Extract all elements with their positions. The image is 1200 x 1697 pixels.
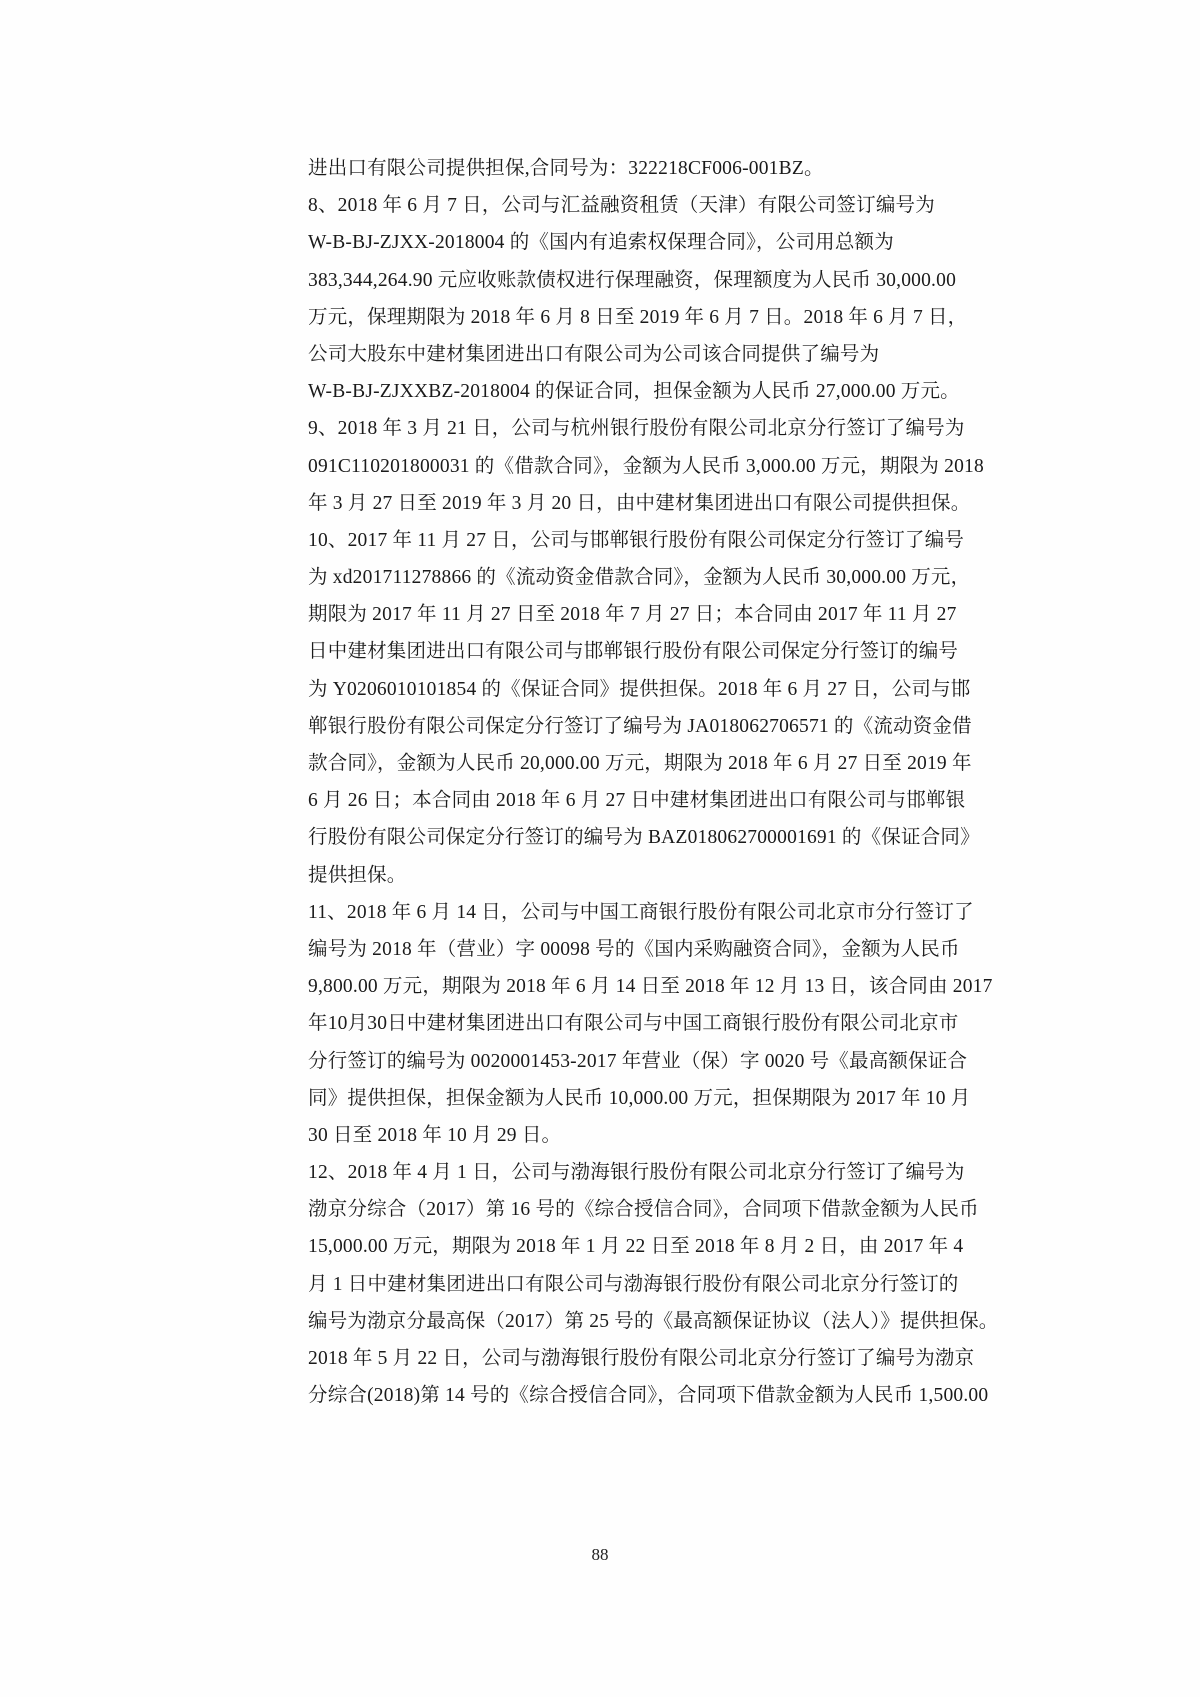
text-line: 提供担保。 — [308, 857, 1028, 894]
text-line: 渤京分综合（2017）第 16 号的《综合授信合同》，合同项下借款金额为人民币 — [308, 1191, 1028, 1228]
text-line: 为 xd201711278866 的《流动资金借款合同》，金额为人民币 30,0… — [308, 559, 1028, 596]
text-line: 383,344,264.90 元应收账款债权进行保理融资，保理额度为人民币 30… — [308, 262, 1028, 299]
text-line: 编号为渤京分最高保（2017）第 25 号的《最高额保证协议（法人）》提供担保。 — [308, 1303, 1028, 1340]
text-line: 12、2018 年 4 月 1 日，公司与渤海银行股份有限公司北京分行签订了编号… — [308, 1154, 1028, 1191]
text-line: 编号为 2018 年（营业）字 00098 号的《国内采购融资合同》，金额为人民… — [308, 931, 1028, 968]
body-text: 进出口有限公司提供担保,合同号为：322218CF006-001BZ。 8、20… — [308, 150, 1028, 1414]
text-line: 分行签订的编号为 0020001453-2017 年营业（保）字 0020 号《… — [308, 1043, 1028, 1080]
text-line: 分综合(2018)第 14 号的《综合授信合同》，合同项下借款金额为人民币 1,… — [308, 1377, 1028, 1414]
text-line: 行股份有限公司保定分行签订的编号为 BAZ018062700001691 的《保… — [308, 819, 1028, 856]
text-line: 月 1 日中建材集团进出口有限公司与渤海银行股份有限公司北京分行签订的 — [308, 1266, 1028, 1303]
text-line: 同》提供担保，担保金额为人民币 10,000.00 万元，担保期限为 2017 … — [308, 1080, 1028, 1117]
text-line: 日中建材集团进出口有限公司与邯郸银行股份有限公司保定分行签订的编号 — [308, 633, 1028, 670]
text-line: 年10月30日中建材集团进出口有限公司与中国工商银行股份有限公司北京市 — [308, 1005, 1028, 1042]
text-line: 郸银行股份有限公司保定分行签订了编号为 JA018062706571 的《流动资… — [308, 708, 1028, 745]
page-number: 88 — [0, 1545, 1200, 1565]
text-line: 091C110201800031 的《借款合同》，金额为人民币 3,000.00… — [308, 448, 1028, 485]
text-line: W-B-BJ-ZJXXBZ-2018004 的保证合同，担保金额为人民币 27,… — [308, 373, 1028, 410]
text-line: 10、2017 年 11 月 27 日，公司与邯郸银行股份有限公司保定分行签订了… — [308, 522, 1028, 559]
text-line: 2018 年 5 月 22 日，公司与渤海银行股份有限公司北京分行签订了编号为渤… — [308, 1340, 1028, 1377]
text-line: 进出口有限公司提供担保,合同号为：322218CF006-001BZ。 — [308, 150, 1028, 187]
text-line: 年 3 月 27 日至 2019 年 3 月 20 日，由中建材集团进出口有限公… — [308, 485, 1028, 522]
text-line: 期限为 2017 年 11 月 27 日至 2018 年 7 月 27 日；本合… — [308, 596, 1028, 633]
text-line: 公司大股东中建材集团进出口有限公司为公司该合同提供了编号为 — [308, 336, 1028, 373]
text-line: 款合同》，金额为人民币 20,000.00 万元，期限为 2018 年 6 月 … — [308, 745, 1028, 782]
text-line: W-B-BJ-ZJXX-2018004 的《国内有追索权保理合同》，公司用总额为 — [308, 224, 1028, 261]
document-page: 进出口有限公司提供担保,合同号为：322218CF006-001BZ。 8、20… — [0, 0, 1200, 1697]
text-line: 9,800.00 万元，期限为 2018 年 6 月 14 日至 2018 年 … — [308, 968, 1028, 1005]
text-line: 8、2018 年 6 月 7 日，公司与汇益融资租赁（天津）有限公司签订编号为 — [308, 187, 1028, 224]
text-line: 15,000.00 万元，期限为 2018 年 1 月 22 日至 2018 年… — [308, 1228, 1028, 1265]
text-line: 30 日至 2018 年 10 月 29 日。 — [308, 1117, 1028, 1154]
text-line: 万元，保理期限为 2018 年 6 月 8 日至 2019 年 6 月 7 日。… — [308, 299, 1028, 336]
text-line: 6 月 26 日；本合同由 2018 年 6 月 27 日中建材集团进出口有限公… — [308, 782, 1028, 819]
text-line: 9、2018 年 3 月 21 日，公司与杭州银行股份有限公司北京分行签订了编号… — [308, 410, 1028, 447]
text-line: 为 Y0206010101854 的《保证合同》提供担保。2018 年 6 月 … — [308, 671, 1028, 708]
text-line: 11、2018 年 6 月 14 日，公司与中国工商银行股份有限公司北京市分行签… — [308, 894, 1028, 931]
